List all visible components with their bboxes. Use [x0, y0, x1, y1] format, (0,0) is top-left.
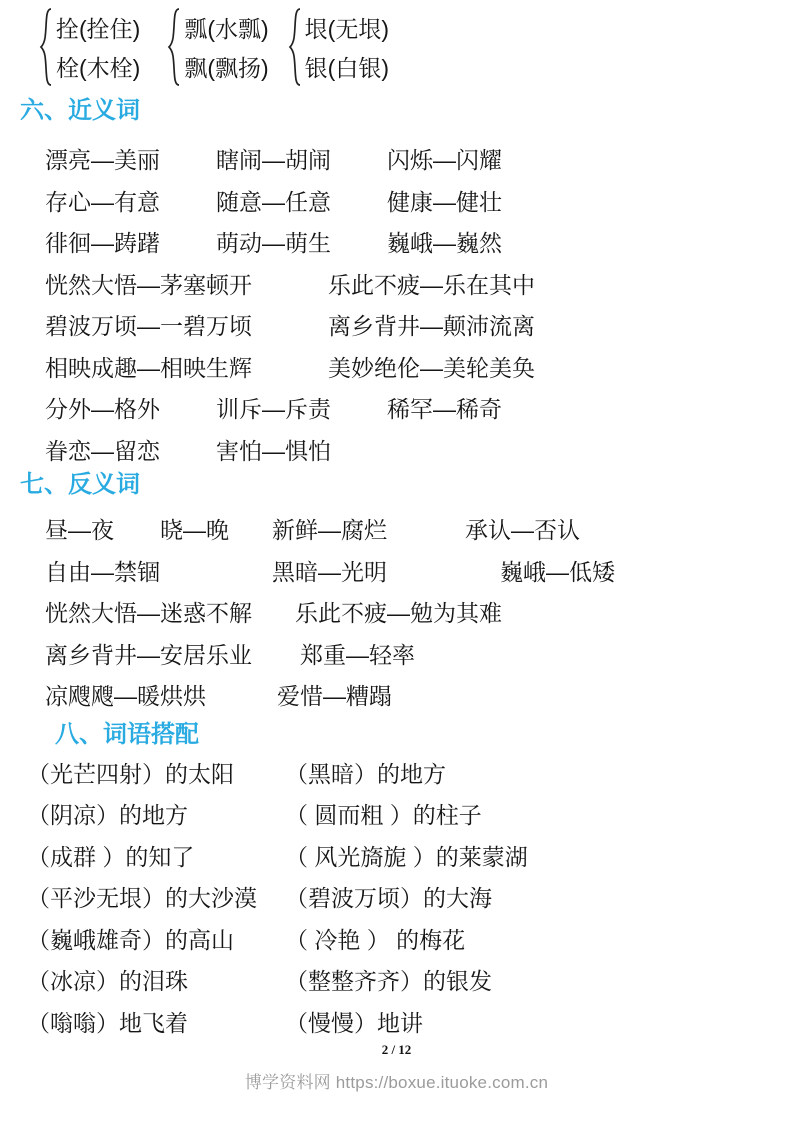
word-row: （光芒四射）的太阳 （黑暗）的地方: [27, 752, 793, 794]
word-pair: 承认—否认: [465, 512, 793, 545]
word-row: 眷恋—留恋 害怕—惧怕: [45, 429, 793, 471]
collocation: （平沙无垠）的大沙漠: [27, 880, 285, 913]
word-pair: 存心—有意: [45, 184, 216, 217]
word-pair: 爱惜—糟蹋: [277, 678, 793, 711]
char-entry: 栓(木栓): [56, 49, 140, 88]
char-group-lines: 拴(拴住)栓(木栓): [56, 10, 140, 88]
word-pair: 随意—任意: [216, 184, 387, 217]
char-entry: 瓢(水瓢): [184, 10, 268, 49]
collocation: （ 冷艳 ） 的梅花: [285, 922, 793, 955]
word-row: （平沙无垠）的大沙漠 （碧波万顷）的大海: [27, 876, 793, 918]
word-row: 凉飕飕—暖烘烘 爱惜—糟蹋: [45, 674, 793, 716]
collocation: （嗡嗡）地飞着: [27, 1005, 285, 1038]
word-pair: 晓—晚: [160, 512, 272, 545]
char-entry: 垠(无垠): [305, 10, 389, 49]
char-group-lines: 瓢(水瓢)飘(飘扬): [184, 10, 268, 88]
page-number: 2 / 12: [0, 1042, 793, 1058]
word-pair: 自由—禁锢: [45, 554, 272, 587]
word-row: 离乡背井—安居乐业 郑重—轻率: [45, 633, 793, 675]
section-title-antonyms: 七、反义词: [20, 470, 793, 500]
char-entry: 银(白银): [305, 49, 389, 88]
word-row: 恍然大悟—茅塞顿开 乐此不疲—乐在其中: [45, 263, 793, 305]
word-pair: 巍峨—巍然: [387, 225, 793, 258]
word-pair: 害怕—惧怕: [216, 433, 387, 466]
word-pair: 美妙绝伦—美轮美奂: [328, 350, 793, 383]
word-pair: 闪烁—闪耀: [387, 142, 793, 175]
document-page: 拴(拴住)栓(木栓) 瓢(水瓢)飘(飘扬) 垠(无垠)银(白银) 六、近义词 漂…: [0, 0, 793, 1122]
word-pair: 凉飕飕—暖烘烘: [45, 678, 277, 711]
word-row: 徘徊—踌躇 萌动—萌生 巍峨—巍然: [45, 221, 793, 263]
collocation: （冰凉）的泪珠: [27, 963, 285, 996]
word-pair: 健康—健壮: [387, 184, 793, 217]
word-row: 漂亮—美丽 瞎闹—胡闹 闪烁—闪耀: [45, 138, 793, 180]
char-group: 垠(无垠)银(白银): [287, 7, 389, 92]
collocation: （阴凉）的地方: [27, 797, 285, 830]
word-pair: 昼—夜: [45, 512, 160, 545]
word-pair: 恍然大悟—茅塞顿开: [45, 267, 328, 300]
word-row: 碧波万顷—一碧万顷 离乡背井—颠沛流离: [45, 304, 793, 346]
word-row: 存心—有意 随意—任意 健康—健壮: [45, 180, 793, 222]
char-group: 瓢(水瓢)飘(飘扬): [166, 7, 268, 92]
collocation: （碧波万顷）的大海: [285, 880, 793, 913]
char-group: 拴(拴住)栓(木栓): [38, 7, 140, 92]
section-title-collocations: 八、词语搭配: [55, 720, 793, 750]
collocation: （整整齐齐）的银发: [285, 963, 793, 996]
collocation: （光芒四射）的太阳: [27, 756, 285, 789]
brace-icon: [166, 7, 182, 92]
section-collocations: 八、词语搭配 （光芒四射）的太阳 （黑暗）的地方 （阴凉）的地方 （ 圆而粗 ）…: [0, 720, 793, 1043]
brace-icon: [287, 7, 303, 92]
word-row: 昼—夜 晓—晚 新鲜—腐烂 承认—否认: [45, 508, 793, 550]
char-group-lines: 垠(无垠)银(白银): [305, 10, 389, 88]
word-pair: 眷恋—留恋: [45, 433, 216, 466]
collocation: （黑暗）的地方: [285, 756, 793, 789]
collocation: （慢慢）地讲: [285, 1005, 793, 1038]
word-pair: 漂亮—美丽: [45, 142, 216, 175]
word-row: 恍然大悟—迷惑不解 乐此不疲—勉为其难: [45, 591, 793, 633]
word-pair: 碧波万顷—一碧万顷: [45, 308, 328, 341]
word-pair: 郑重—轻率: [300, 637, 793, 670]
word-row: 自由—禁锢 黑暗—光明 巍峨—低矮: [45, 550, 793, 592]
word-pair: 瞎闹—胡闹: [216, 142, 387, 175]
word-row: （成群 ）的知了 （ 风光旖旎 ）的莱蒙湖: [27, 835, 793, 877]
word-pair: 训斥—斥责: [216, 391, 387, 424]
collocation-list: （光芒四射）的太阳 （黑暗）的地方 （阴凉）的地方 （ 圆而粗 ）的柱子 （成群…: [27, 752, 793, 1043]
antonym-list: 昼—夜 晓—晚 新鲜—腐烂 承认—否认 自由—禁锢 黑暗—光明 巍峨—低矮 恍然…: [45, 508, 793, 716]
word-pair: 徘徊—踌躇: [45, 225, 216, 258]
word-pair: 乐此不疲—勉为其难: [295, 595, 793, 628]
char-entry: 拴(拴住): [56, 10, 140, 49]
collocation: （巍峨雄奇）的高山: [27, 922, 285, 955]
collocation: （ 风光旖旎 ）的莱蒙湖: [285, 839, 793, 872]
word-pair: 巍峨—低矮: [500, 554, 793, 587]
word-pair: 黑暗—光明: [272, 554, 500, 587]
character-groups: 拴(拴住)栓(木栓) 瓢(水瓢)飘(飘扬) 垠(无垠)银(白银): [0, 0, 793, 90]
word-pair: 离乡背井—安居乐业: [45, 637, 300, 670]
word-pair: 萌动—萌生: [216, 225, 387, 258]
word-row: （巍峨雄奇）的高山 （ 冷艳 ） 的梅花: [27, 918, 793, 960]
word-row: （嗡嗡）地飞着 （慢慢）地讲: [27, 1001, 793, 1043]
synonym-list: 漂亮—美丽 瞎闹—胡闹 闪烁—闪耀 存心—有意 随意—任意 健康—健壮 徘徊—踌…: [45, 138, 793, 470]
section-title-synonyms: 六、近义词: [20, 96, 793, 126]
site-watermark: 博学资料网 https://boxue.ituoke.com.cn: [0, 1068, 793, 1093]
word-row: （阴凉）的地方 （ 圆而粗 ）的柱子: [27, 793, 793, 835]
word-row: 相映成趣—相映生辉 美妙绝伦—美轮美奂: [45, 346, 793, 388]
brace-icon: [38, 7, 54, 92]
word-pair: 稀罕—稀奇: [387, 391, 793, 424]
collocation: （成群 ）的知了: [27, 839, 285, 872]
collocation: （ 圆而粗 ）的柱子: [285, 797, 793, 830]
word-pair: 分外—格外: [45, 391, 216, 424]
word-pair: 离乡背井—颠沛流离: [328, 308, 793, 341]
word-row: 分外—格外 训斥—斥责 稀罕—稀奇: [45, 387, 793, 429]
section-antonyms: 七、反义词 昼—夜 晓—晚 新鲜—腐烂 承认—否认 自由—禁锢 黑暗—光明 巍峨…: [0, 470, 793, 716]
word-pair: 恍然大悟—迷惑不解: [45, 595, 295, 628]
char-entry: 飘(飘扬): [184, 49, 268, 88]
word-pair: 相映成趣—相映生辉: [45, 350, 328, 383]
section-synonyms: 六、近义词 漂亮—美丽 瞎闹—胡闹 闪烁—闪耀 存心—有意 随意—任意 健康—健…: [0, 96, 793, 470]
word-pair: 新鲜—腐烂: [272, 512, 465, 545]
word-row: （冰凉）的泪珠 （整整齐齐）的银发: [27, 959, 793, 1001]
word-pair: 乐此不疲—乐在其中: [328, 267, 793, 300]
